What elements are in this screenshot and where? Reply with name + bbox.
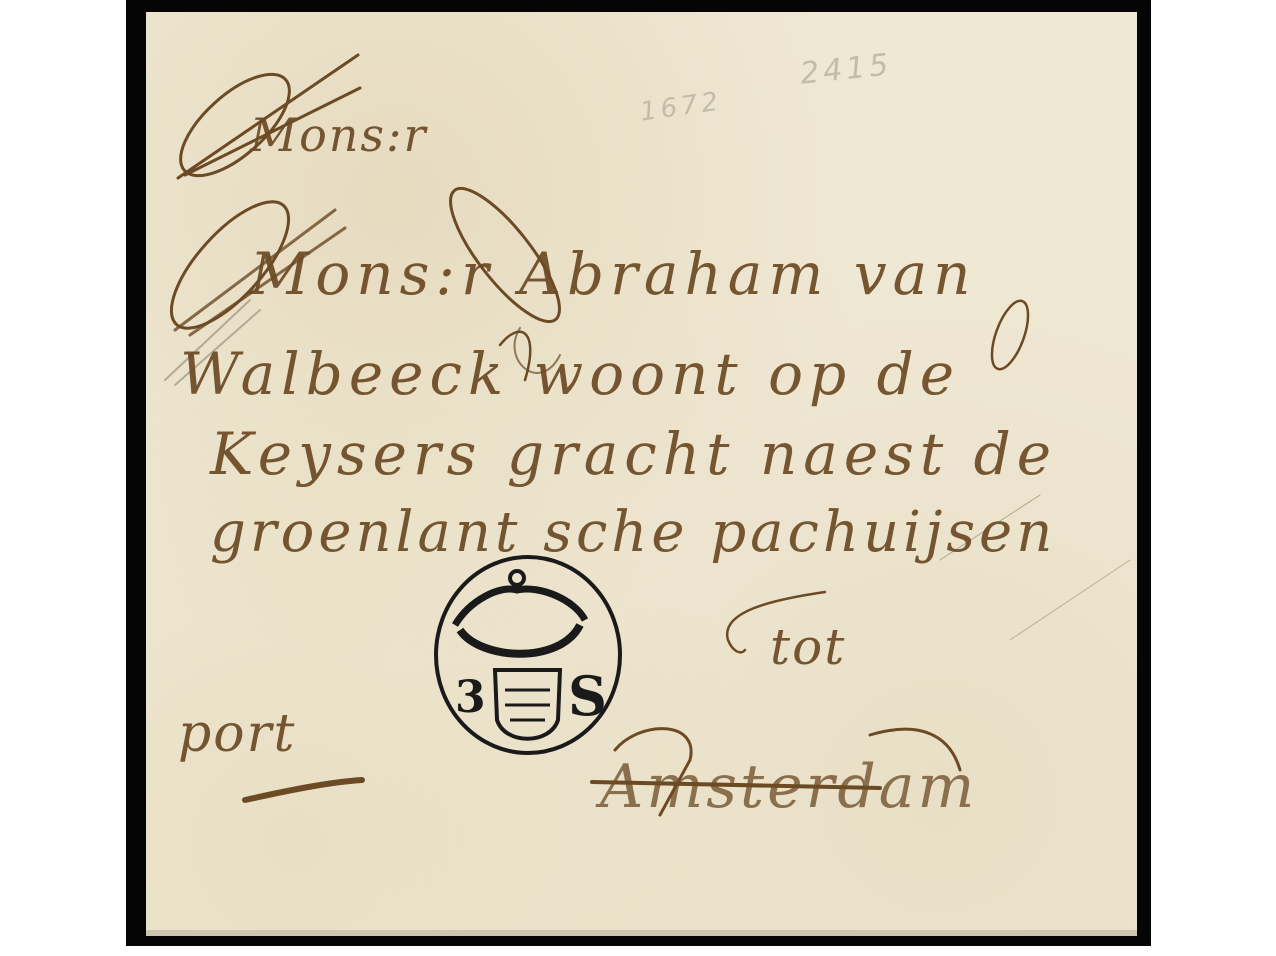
port-annotation: port (178, 704, 296, 764)
stamp-letter: S (568, 664, 607, 728)
address-line-landmark: groenlant sche pachuijsen (210, 500, 1056, 565)
stamp-numeral: 3 (455, 672, 486, 723)
address-line-name: Mons:r Abraham van (250, 240, 977, 308)
address-line-tot: tot (770, 618, 846, 676)
address-line-residence: Walbeeck woont op de (180, 340, 960, 408)
address-line-street: Keysers gracht naest de (210, 420, 1057, 488)
address-city: Amsterdam (600, 752, 977, 822)
paper-fold-edge (146, 930, 1137, 936)
address-salutation: Mons:r (250, 108, 428, 162)
